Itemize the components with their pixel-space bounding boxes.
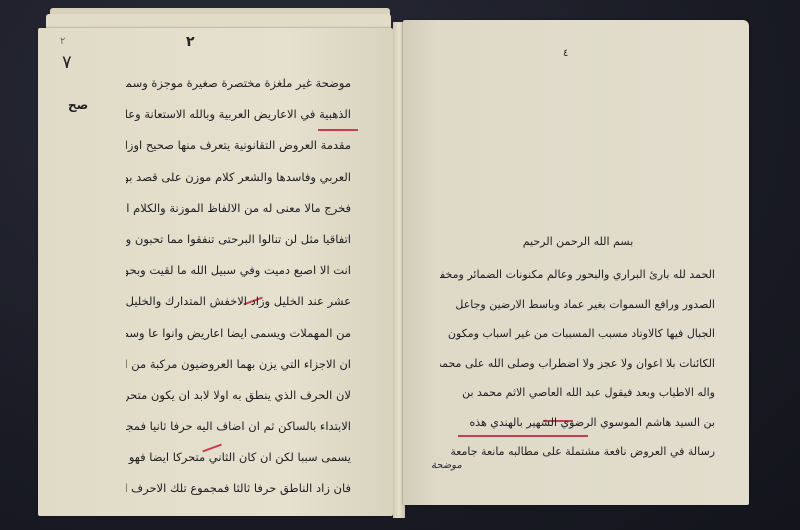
right-manuscript-page: ٤ بسم الله الرحمن الرحيم الحمد لله بارئ … [403,20,749,505]
text-line: الجبال فيها كالاوتاد مسبب المسببات من غي… [440,319,715,349]
text-line: رسالة في العروض نافعة مشتملة على مطالبه … [440,437,715,467]
text-line: اتفاقيا مثل لن تنالوا البرحتى تنفقوا مما… [126,224,351,255]
left-page-text: موضحة غير ملغزة مختصرة صغيرة موجزة وسميت… [126,68,351,505]
text-line: الكائنات بلا اعوان ولا عجز ولا اضطراب وص… [440,349,715,379]
margin-mark: ٧ [62,52,72,73]
margin-mark: ٢ [60,36,65,47]
text-line: الابتداء بالساكن ثم ان اضاف اليه حرفا ثا… [126,411,351,442]
text-line: الحمد لله بارئ البراري والبحور وعالم مكن… [440,260,715,290]
text-line: انت الا اصبع دميت وفي سبيل الله ما لقيت … [126,255,351,286]
text-line: من المهملات ويسمى ايضا اعاريض وانوا عا و… [126,318,351,349]
bismillah-heading: بسم الله الرحمن الرحيم [483,235,673,248]
right-page-text: الحمد لله بارئ البراري والبحور وعالم مكن… [440,260,715,467]
text-line: العربي وفاسدها والشعر كلام موزن على قصد … [126,162,351,193]
text-line: واله الاطياب وبعد فيقول عبد الله العاصي … [440,378,715,408]
catchword: موضحة [431,460,462,471]
text-line: فان زاد الناطق حرفا ثالثا فمجموع تلك الا… [126,473,351,504]
text-line: بن السيد هاشم الموسوي الرضوي الشهير باله… [440,408,715,438]
page-mark: ٤ [563,48,568,59]
text-line: عشر عند الخليل وزاد الاخفش المتدارك والخ… [126,286,351,317]
left-manuscript-page: ٢ ٢ ٧ صح موضحة غير ملغزة مختصرة صغيرة مو… [38,28,393,516]
text-line: يسمى سببا لكن ان كان الثاني متحركا ايضا … [126,442,351,473]
text-line: موضحة غير ملغزة مختصرة صغيرة موجزة وسميت… [126,68,351,99]
text-line: فخرج مالا معنى له من الالفاظ الموزنة وال… [126,193,351,224]
text-line: مقدمة العروض التقانونية يتعرف منها صحيح … [126,130,351,161]
page-number: ٢ [186,34,195,50]
text-line: الصدور ورافع السموات بغير عماد وباسط الا… [440,290,715,320]
text-line: لان الحرف الذي ينطق به اولا لابد ان يكون… [126,380,351,411]
margin-correction-mark: صح [68,98,88,112]
text-line: ان الاجزاء التي يزن بهما العروضيون مركبة… [126,349,351,380]
text-line: الذهبية في الاعاريض العربية وبالله الاست… [126,99,351,130]
